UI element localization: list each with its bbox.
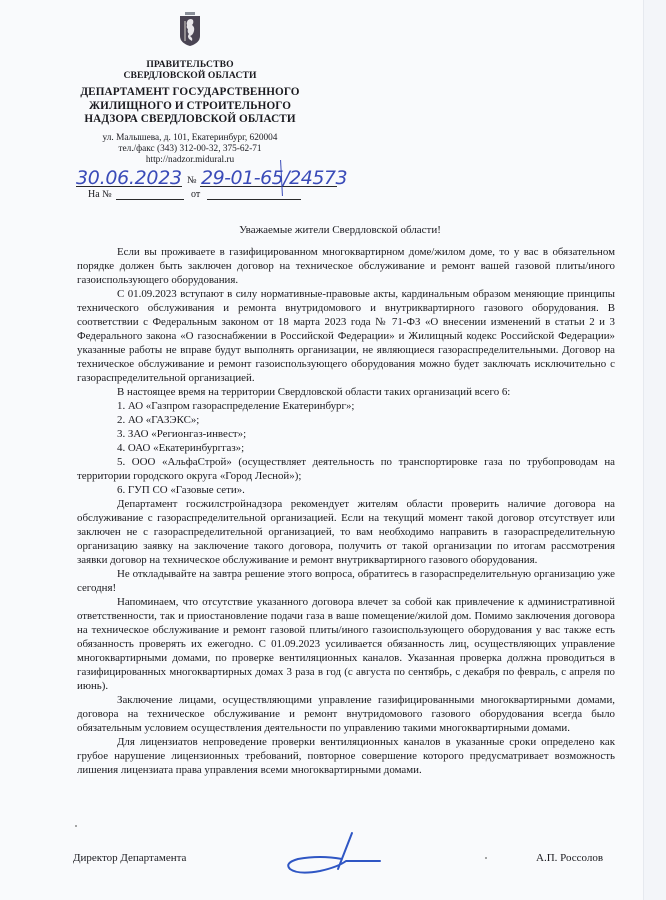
department-line-3: НАДЗОРА СВЕРДЛОВСКОЙ ОБЛАСТИ (65, 113, 315, 127)
department-line-1: ДЕПАРТАМЕНТ ГОСУДАРСТВЕННОГО (65, 86, 315, 100)
phone-fax: тел./факс (343) 312-00-32, 375-62-71 (70, 144, 310, 155)
organization-item: 6. ГУП СО «Газовые сети». (77, 483, 615, 497)
salutation: Уважаемые жители Свердловской области! (60, 224, 620, 236)
number-sign: № (187, 175, 197, 186)
letter-page: ПРАВИТЕЛЬСТВО СВЕРДЛОВСКОЙ ОБЛАСТИ ДЕПАР… (0, 0, 666, 900)
signatory-title: Директор Департамента (73, 852, 186, 864)
reply-number-underline (116, 199, 184, 200)
registration-date: 30.06.2023 (76, 167, 182, 189)
organization-item: 1. АО «Газпром газораспределение Екатери… (77, 399, 615, 413)
organization-item: 2. АО «ГАЗЭКС»; (77, 413, 615, 427)
paragraph: Департамент госжилстройнадзора рекоменду… (77, 497, 615, 567)
signatory-name: А.П. Россолов (536, 852, 603, 864)
paragraph: Если вы проживаете в газифицированном мн… (77, 245, 615, 287)
government-line-2: СВЕРДЛОВСКОЙ ОБЛАСТИ (70, 70, 310, 81)
department-line-2: ЖИЛИЩНОГО И СТРОИТЕЛЬНОГО (65, 100, 315, 114)
reply-to-label: На № (88, 189, 112, 200)
website-link[interactable]: http://nadzor.midural.ru (70, 155, 310, 166)
paragraph: Заключение лицами, осуществляющими управ… (77, 693, 615, 735)
coat-of-arms-icon (179, 12, 201, 46)
scan-speck (485, 857, 487, 859)
organization-item: 3. ЗАО «Регионгаз-инвест»; (77, 427, 615, 441)
handwritten-signature-icon (280, 825, 400, 885)
scan-edge-line (643, 0, 644, 900)
department-name: ДЕПАРТАМЕНТ ГОСУДАРСТВЕННОГО ЖИЛИЩНОГО И… (65, 86, 315, 127)
organization-item: 4. ОАО «Екатеринбурггаз»; (77, 441, 615, 455)
from-label: от (191, 189, 200, 200)
letter-body: Если вы проживаете в газифицированном мн… (77, 245, 615, 777)
reply-date-underline (207, 199, 301, 200)
paragraph: С 01.09.2023 вступают в силу нормативные… (77, 287, 615, 385)
government-name: ПРАВИТЕЛЬСТВО СВЕРДЛОВСКОЙ ОБЛАСТИ (70, 59, 310, 81)
paragraph: Напоминаем, что отсутствие указанного до… (77, 595, 615, 693)
organization-item: 5. ООО «АльфаСтрой» (осуществляет деятел… (77, 455, 615, 483)
contact-block: ул. Малышева, д. 101, Екатеринбург, 6200… (70, 133, 310, 167)
scan-speck (75, 825, 77, 827)
address: ул. Малышева, д. 101, Екатеринбург, 6200… (70, 133, 310, 144)
government-line-1: ПРАВИТЕЛЬСТВО (70, 59, 310, 70)
paragraph: Для лицензиатов непроведение проверки ве… (77, 735, 615, 777)
paragraph: В настоящее время на территории Свердлов… (77, 385, 615, 399)
registration-number: 29-01-65/24573 (201, 167, 347, 189)
paragraph: Не откладывайте на завтра решение этого … (77, 567, 615, 595)
scan-edge (644, 0, 666, 900)
